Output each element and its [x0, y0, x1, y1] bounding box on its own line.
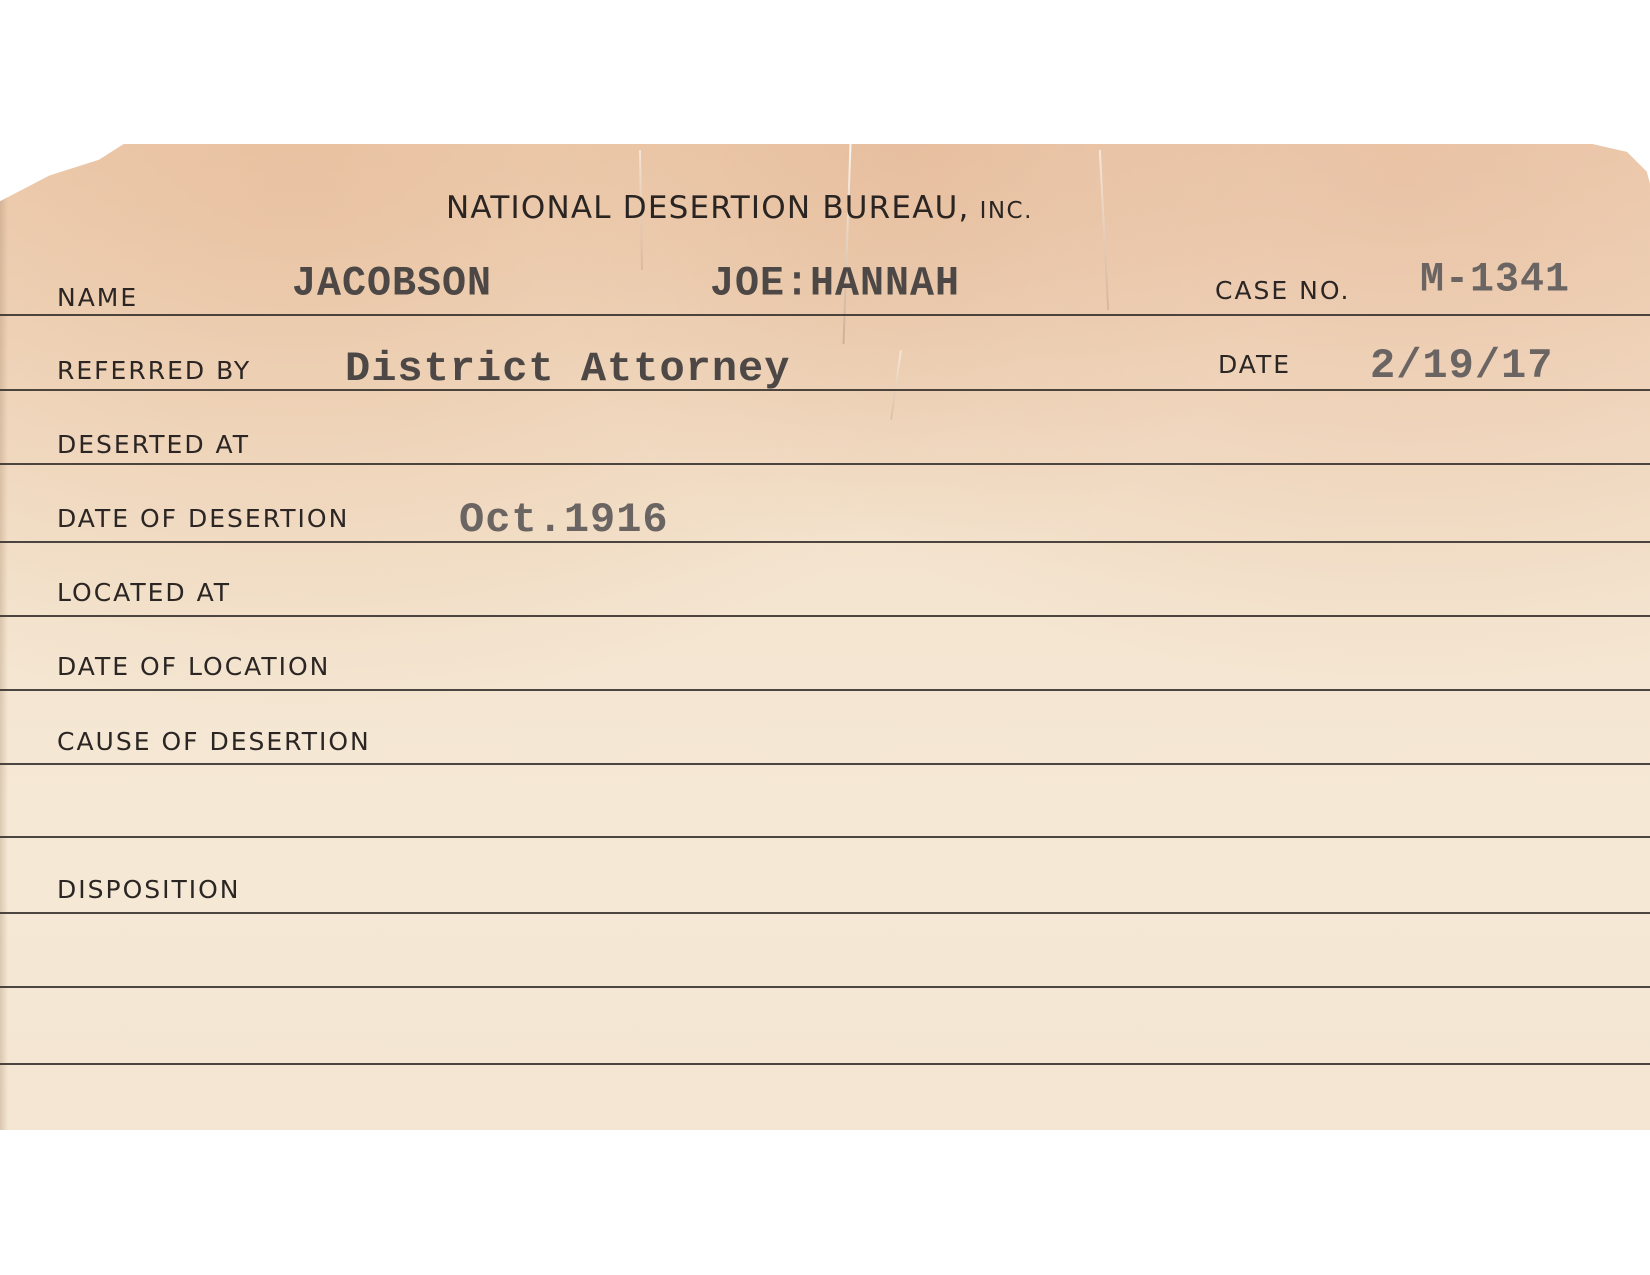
- referred-by-value: District Attorney: [345, 345, 790, 393]
- date-value: 2/19/17: [1370, 342, 1553, 390]
- date-of-desertion-label: DATE OF DESERTION: [57, 504, 349, 533]
- cause-of-desertion-label: CAUSE OF DESERTION: [57, 727, 371, 756]
- date-of-desertion-value: Oct.1916: [459, 496, 669, 544]
- date-of-location-label: DATE OF LOCATION: [57, 652, 330, 681]
- disposition-label: DISPOSITION: [57, 875, 241, 904]
- rule-line: [0, 1063, 1650, 1065]
- bureau-name: NATIONAL DESERTION BUREAU,: [446, 190, 970, 226]
- deserted-at-label: DESERTED AT: [57, 430, 250, 459]
- given-names-value: JOE:HANNAH: [710, 261, 960, 308]
- rule-line: [0, 763, 1650, 765]
- case-no-label: CASE NO.: [1215, 276, 1350, 305]
- located-at-label: LOCATED AT: [57, 578, 231, 607]
- referred-by-label: REFERRED BY: [57, 356, 251, 385]
- rule-line: [0, 314, 1650, 316]
- rule-line: [0, 689, 1650, 691]
- rule-line: [0, 615, 1650, 617]
- rule-line: [0, 986, 1650, 988]
- rule-line: [0, 389, 1650, 391]
- rule-line: [0, 912, 1650, 914]
- case-no-value: M-1341: [1420, 257, 1570, 304]
- bureau-suffix: INC.: [980, 198, 1033, 224]
- card-title: NATIONAL DESERTION BUREAU,INC.: [446, 190, 1033, 226]
- rule-line: [0, 541, 1650, 543]
- surname-value: JACOBSON: [292, 261, 492, 308]
- name-label: NAME: [57, 283, 138, 312]
- rule-line: [0, 836, 1650, 838]
- rule-line: [0, 463, 1650, 465]
- date-label: DATE: [1218, 350, 1291, 379]
